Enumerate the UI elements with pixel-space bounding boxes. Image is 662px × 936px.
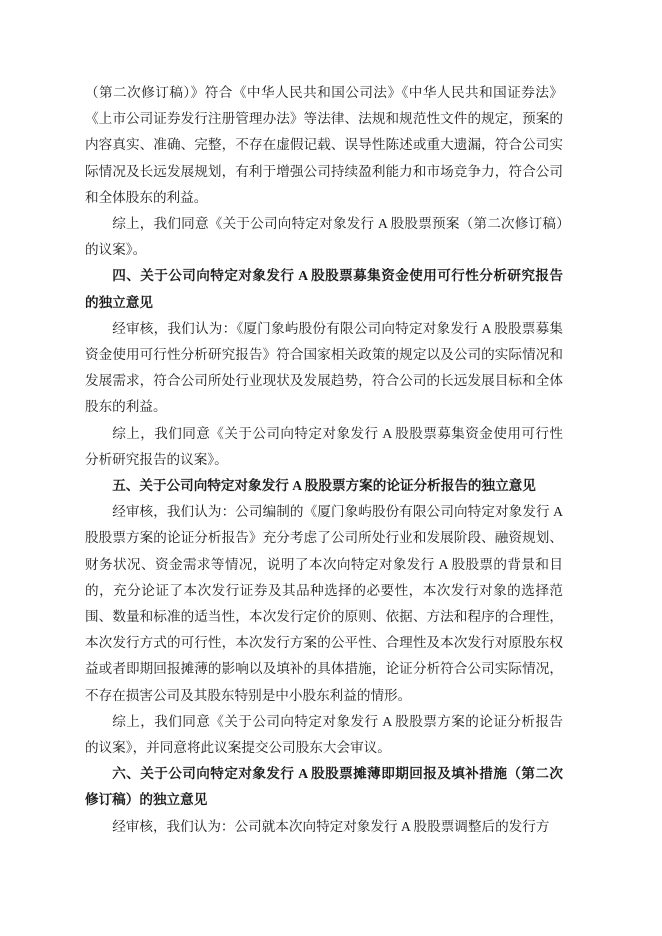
section-heading-6: 六、关于公司向特定对象发行 A 股股票摊薄即期回报及填补措施（第二次修订稿）的独… xyxy=(85,761,563,813)
paragraph-opinion: 经审核，我们认为：《厦门象屿股份有限公司向特定对象发行 A 股股票募集资金使用可… xyxy=(85,316,563,421)
section-heading-5: 五、关于公司向特定对象发行 A 股股票方案的论证分析报告的独立意见 xyxy=(85,473,563,499)
paragraph-conclusion: 综上，我们同意《关于公司向特定对象发行 A 股股票预案（第二次修订稿）的议案》。 xyxy=(85,211,563,263)
paragraph-opinion: 经审核，我们认为：公司就本次向特定对象发行 A 股股票调整后的发行方 xyxy=(85,814,563,840)
paragraph-continuation: （第二次修订稿）》符合《中华人民共和国公司法》《中华人民共和国证券法》《上市公司… xyxy=(85,80,563,211)
paragraph-conclusion: 综上，我们同意《关于公司向特定对象发行 A 股股票募集资金使用可行性分析研究报告… xyxy=(85,421,563,473)
paragraph-conclusion: 综上，我们同意《关于公司向特定对象发行 A 股股票方案的论证分析报告的议案》，并… xyxy=(85,709,563,761)
section-heading-4: 四、关于公司向特定对象发行 A 股股票募集资金使用可行性分析研究报告的独立意见 xyxy=(85,263,563,315)
paragraph-opinion: 经审核，我们认为：公司编制的《厦门象屿股份有限公司向特定对象发行 A 股股票方案… xyxy=(85,499,563,709)
document-content: （第二次修订稿）》符合《中华人民共和国公司法》《中华人民共和国证券法》《上市公司… xyxy=(85,80,563,840)
document-page: （第二次修订稿）》符合《中华人民共和国公司法》《中华人民共和国证券法》《上市公司… xyxy=(0,0,662,936)
